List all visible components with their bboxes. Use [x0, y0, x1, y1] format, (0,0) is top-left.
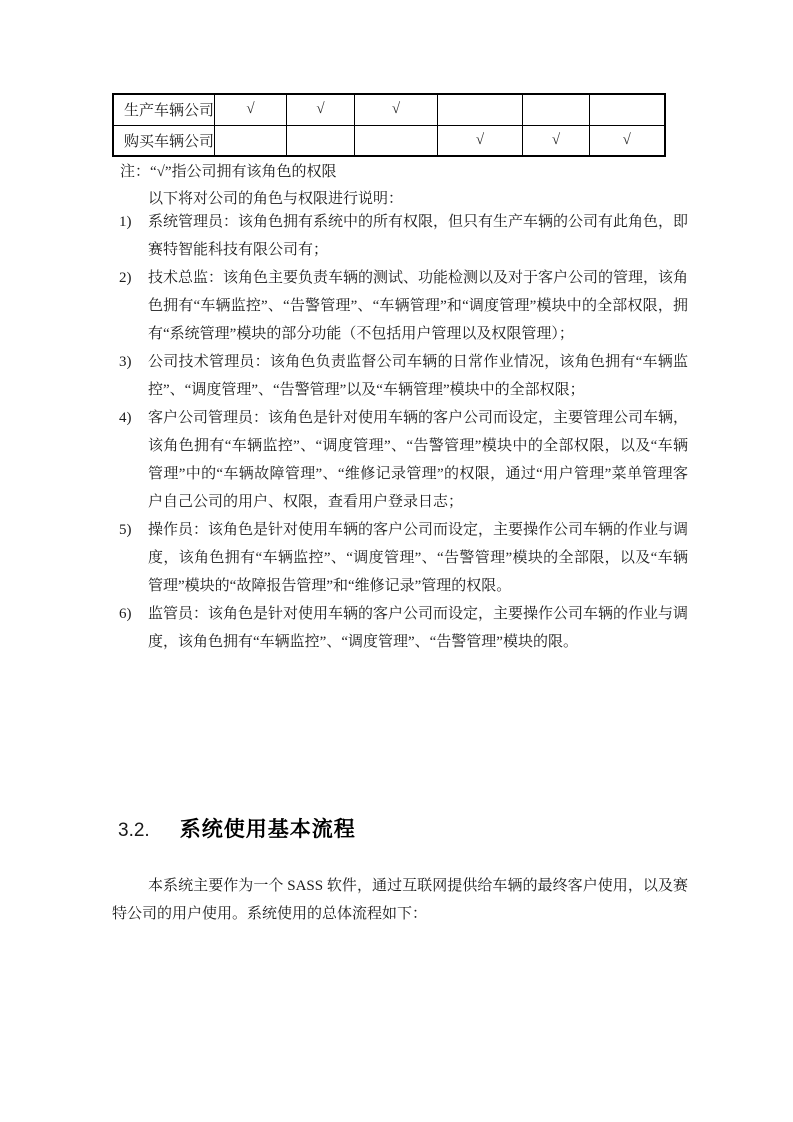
check-cell [355, 125, 438, 156]
role-text: 操作员：该角色是针对使用车辆的客户公司而设定，主要操作公司车辆的作业与调度，该角… [148, 522, 688, 594]
check-cell: √ [590, 125, 665, 156]
check-cell [215, 125, 287, 156]
role-item: 5) 操作员：该角色是针对使用车辆的客户公司而设定，主要操作公司车辆的作业与调度… [112, 516, 688, 600]
role-item: 3) 公司技术管理员：该角色负责监督公司车辆的日常作业情况，该角色拥有“车辆监控… [112, 348, 688, 404]
check-cell [590, 94, 665, 125]
check-cell: √ [438, 125, 523, 156]
role-text: 监管员：该角色是针对使用车辆的客户公司而设定，主要操作公司车辆的作业与调度，该角… [148, 606, 688, 650]
document-page: 生产车辆公司 √ √ √ 购买车辆公司 √ √ √ 注：“√”指公司拥有该角色的… [0, 0, 793, 1122]
section-heading: 3.2. 系统使用基本流程 [118, 813, 356, 843]
role-number: 1) [119, 208, 132, 236]
heading-number: 3.2. [118, 820, 150, 842]
role-item: 2) 技术总监：该角色主要负责车辆的测试、功能检测以及对于客户公司的管理，该角色… [112, 264, 688, 348]
role-text: 技术总监：该角色主要负责车辆的测试、功能检测以及对于客户公司的管理，该角色拥有“… [148, 270, 688, 342]
check-cell [438, 94, 523, 125]
role-number: 5) [119, 516, 132, 544]
company-name-cell: 购买车辆公司 [113, 125, 215, 156]
table-row: 生产车辆公司 √ √ √ [113, 94, 665, 125]
check-cell: √ [215, 94, 287, 125]
role-text: 系统管理员：该角色拥有系统中的所有权限，但只有生产车辆的公司有此角色，即赛特智能… [148, 214, 688, 258]
table-row: 购买车辆公司 √ √ √ [113, 125, 665, 156]
check-cell: √ [523, 125, 590, 156]
body-paragraph: 本系统主要作为一个 SASS 软件，通过互联网提供给车辆的最终客户使用，以及赛特… [112, 872, 688, 928]
role-number: 3) [119, 348, 132, 376]
role-list: 1) 系统管理员：该角色拥有系统中的所有权限，但只有生产车辆的公司有此角色，即赛… [112, 208, 688, 656]
table-note: 注：“√”指公司拥有该角色的权限 [120, 159, 337, 186]
check-cell [523, 94, 590, 125]
role-item: 6) 监管员：该角色是针对使用车辆的客户公司而设定，主要操作公司车辆的作业与调度… [112, 600, 688, 656]
company-name-cell: 生产车辆公司 [113, 94, 215, 125]
role-text: 公司技术管理员：该角色负责监督公司车辆的日常作业情况，该角色拥有“车辆监控”、“… [148, 354, 688, 398]
check-cell [287, 125, 355, 156]
role-number: 4) [119, 404, 132, 432]
role-item: 4) 客户公司管理员：该角色是针对使用车辆的客户公司而设定，主要管理公司车辆，该… [112, 404, 688, 516]
permissions-table: 生产车辆公司 √ √ √ 购买车辆公司 √ √ √ [112, 93, 666, 157]
role-text: 客户公司管理员：该角色是针对使用车辆的客户公司而设定，主要管理公司车辆，该角色拥… [148, 410, 688, 510]
heading-title: 系统使用基本流程 [180, 813, 356, 843]
role-number: 2) [119, 264, 132, 292]
role-number: 6) [119, 600, 132, 628]
check-cell: √ [287, 94, 355, 125]
check-cell: √ [355, 94, 438, 125]
role-item: 1) 系统管理员：该角色拥有系统中的所有权限，但只有生产车辆的公司有此角色，即赛… [112, 208, 688, 264]
